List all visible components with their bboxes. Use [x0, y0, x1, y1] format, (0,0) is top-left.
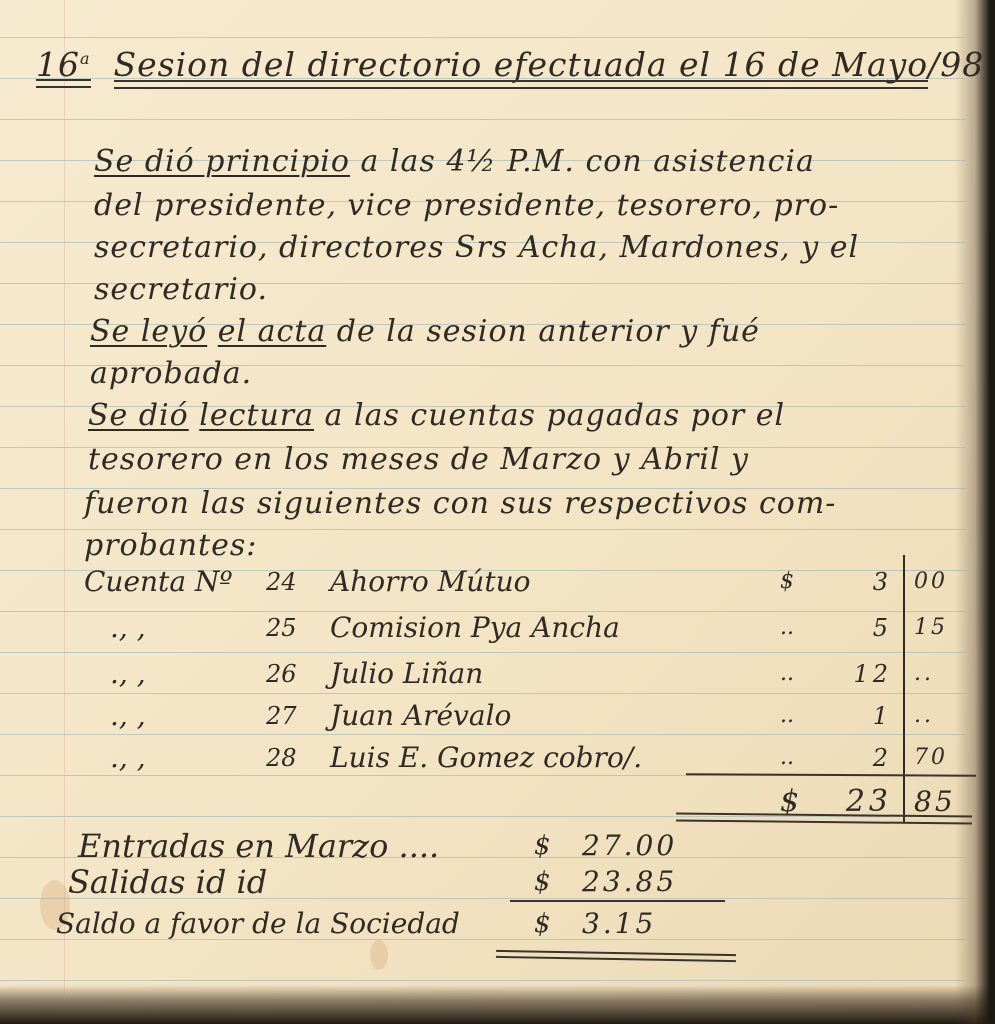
paper-stain: [370, 940, 388, 970]
text-line: Se dió lectura a las cuentas pagadas por…: [88, 396, 785, 436]
summary-row-entradas: Entradas en Marzo .... $ 27.00: [0, 826, 995, 866]
session-year: /98: [928, 45, 984, 84]
account-row: ., , 25 Comision Pya Ancha .. 5 15: [0, 608, 995, 648]
session-title: 16a Sesion del directorio efectuada el 1…: [36, 45, 976, 95]
account-row: ., , 27 Juan Arévalo .. 1 ..: [0, 696, 995, 736]
summary-row-salidas: Salidas id id $ 23.85: [0, 862, 995, 902]
session-title-text: Sesion del directorio efectuada el 16 de…: [114, 45, 929, 84]
session-number: 16a: [36, 45, 91, 84]
ledger-page: 16a Sesion del directorio efectuada el 1…: [0, 0, 995, 1024]
summary-row-saldo: Saldo a favor de la Sociedad $ 3.15: [0, 904, 995, 944]
text-line: tesorero en los meses de Marzo y Abril y: [88, 440, 749, 480]
text-line: secretario, directores Srs Acha, Mardone…: [94, 228, 859, 268]
text-line: Se dió principio a las 4½ P.M. con asist…: [94, 142, 815, 182]
summary-rule: [510, 900, 725, 902]
text-line: secretario.: [94, 270, 268, 310]
text-line: probantes:: [84, 526, 257, 566]
account-row: ., , 26 Julio Liñan .. 12 ..: [0, 654, 995, 694]
text-line: Se leyó el acta de la sesion anterior y …: [90, 312, 760, 352]
text-line: del presidente, vice presidente, tesorer…: [94, 186, 839, 226]
text-line: fueron las siguientes con sus respectivo…: [84, 484, 836, 524]
account-row: Cuenta Nº 24 Ahorro Mútuo $ 3 00: [0, 562, 995, 602]
text-line: aprobada.: [90, 354, 252, 394]
account-row: ., , 28 Luis E. Gomez cobro/. .. 2 70: [0, 738, 995, 778]
